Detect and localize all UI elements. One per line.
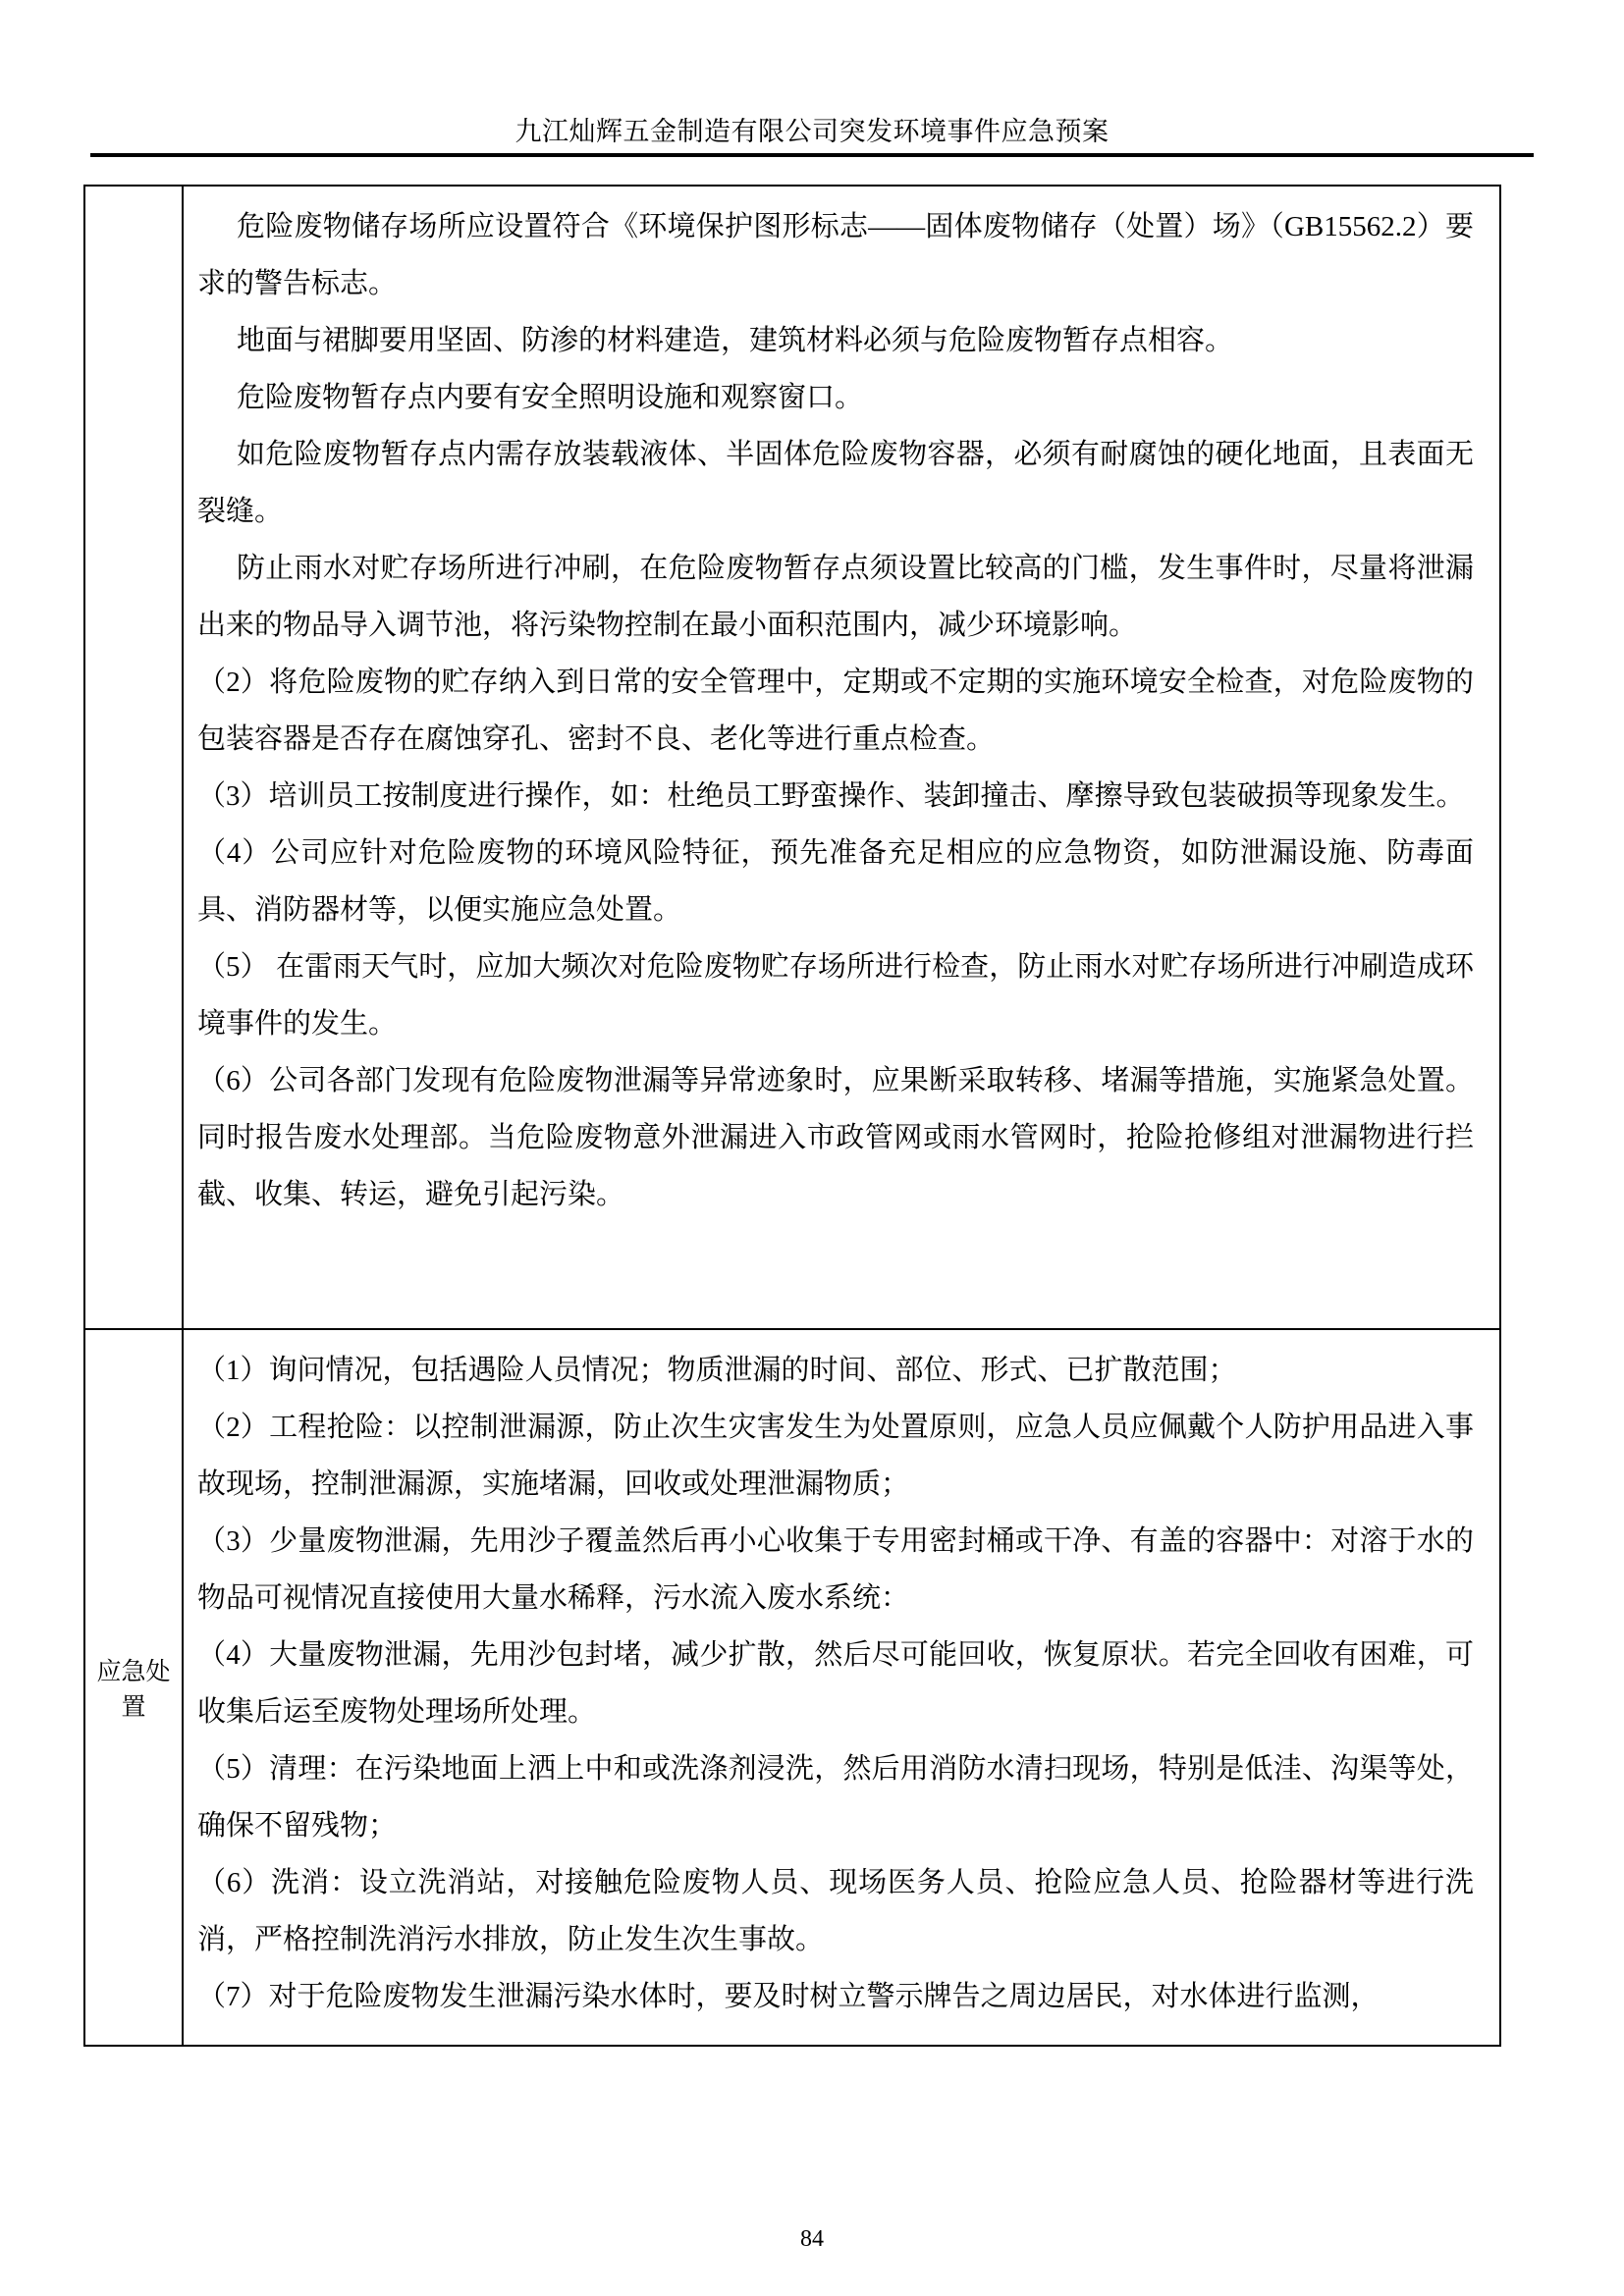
table-row-emergency-response: 应急处置 （1）询问情况，包括遇险人员情况；物质泄漏的时间、部位、形式、已扩散范… bbox=[84, 1329, 1500, 2046]
paragraph: （2）将危险废物的贮存纳入到日常的安全管理中，定期或不定期的实施环境安全检查，对… bbox=[197, 654, 1474, 768]
paragraph: 如危险废物暂存点内需存放装载液体、半固体危险废物容器，必须有耐腐蚀的硬化地面，且… bbox=[197, 426, 1474, 540]
paragraph: （4）大量废物泄漏，先用沙包封堵，减少扩散，然后尽可能回收，恢复原状。若完全回收… bbox=[197, 1627, 1474, 1740]
row-label-cell-empty bbox=[84, 186, 183, 1329]
document-title: 九江灿辉五金制造有限公司突发环境事件应急预案 bbox=[515, 110, 1110, 148]
page-number: 84 bbox=[0, 2226, 1624, 2253]
paragraph: （3）少量废物泄漏，先用沙子覆盖然后再小心收集于专用密封桶或干净、有盖的容器中：… bbox=[197, 1513, 1474, 1627]
table-row-continued: 危险废物储存场所应设置符合《环境保护图形标志——固体废物储存（处置）场》（GB1… bbox=[84, 186, 1500, 1329]
paragraph: （7）对于危险废物发生泄漏污染水体时，要及时树立警示牌告之周边居民，对水体进行监… bbox=[197, 1968, 1474, 2025]
paragraph: 防止雨水对贮存场所进行冲刷，在危险废物暂存点须设置比较高的门槛，发生事件时，尽量… bbox=[197, 540, 1474, 654]
content-table: 危险废物储存场所应设置符合《环境保护图形标志——固体废物储存（处置）场》（GB1… bbox=[83, 185, 1501, 2047]
document-header: 九江灿辉五金制造有限公司突发环境事件应急预案 bbox=[90, 0, 1534, 157]
paragraph: （6）公司各部门发现有危险废物泄漏等异常迹象时，应果断采取转移、堵漏等措施，实施… bbox=[197, 1052, 1474, 1223]
row-content-cell: 危险废物储存场所应设置符合《环境保护图形标志——固体废物储存（处置）场》（GB1… bbox=[183, 186, 1500, 1329]
paragraph: （5） 在雷雨天气时，应加大频次对危险废物贮存场所进行检查，防止雨水对贮存场所进… bbox=[197, 938, 1474, 1052]
paragraph: （1）询问情况，包括遇险人员情况；物质泄漏的时间、部位、形式、已扩散范围； bbox=[197, 1342, 1474, 1399]
row-label-cell: 应急处置 bbox=[84, 1329, 183, 2046]
paragraph: （5）清理：在污染地面上洒上中和或洗涤剂浸洗，然后用消防水清扫现场，特别是低洼、… bbox=[197, 1740, 1474, 1854]
paragraph: 地面与裙脚要用坚固、防渗的材料建造，建筑材料必须与危险废物暂存点相容。 bbox=[197, 312, 1474, 369]
paragraph: （3）培训员工按制度进行操作，如：杜绝员工野蛮操作、装卸撞击、摩擦导致包装破损等… bbox=[197, 768, 1474, 825]
page: 九江灿辉五金制造有限公司突发环境事件应急预案 危险废物储存场所应设置符合《环境保… bbox=[0, 0, 1624, 2296]
paragraph: 危险废物暂存点内要有安全照明设施和观察窗口。 bbox=[197, 369, 1474, 426]
paragraph: 危险废物储存场所应设置符合《环境保护图形标志——固体废物储存（处置）场》（GB1… bbox=[197, 198, 1474, 312]
paragraph: （4）公司应针对危险废物的环境风险特征，预先准备充足相应的应急物资，如防泄漏设施… bbox=[197, 825, 1474, 938]
paragraph: （6）洗消：设立洗消站，对接触危险废物人员、现场医务人员、抢险应急人员、抢险器材… bbox=[197, 1854, 1474, 1968]
row-content-cell: （1）询问情况，包括遇险人员情况；物质泄漏的时间、部位、形式、已扩散范围； （2… bbox=[183, 1329, 1500, 2046]
paragraph: （2）工程抢险：以控制泄漏源，防止次生灾害发生为处置原则，应急人员应佩戴个人防护… bbox=[197, 1399, 1474, 1513]
